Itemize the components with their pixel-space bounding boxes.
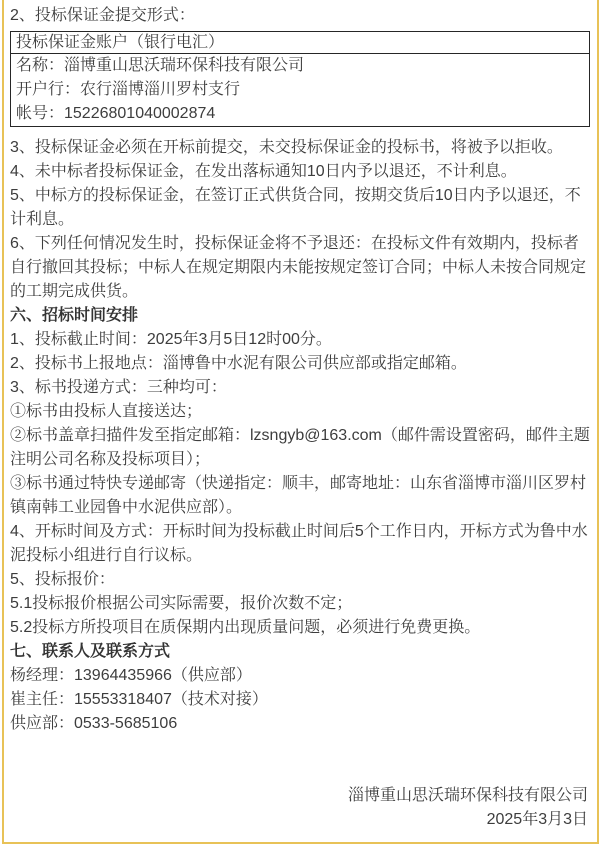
document-body: 2、投标保证金提交形式： 投标保证金账户（银行电汇） 名称：淄博重山思沃瑞环保科… — [10, 4, 590, 832]
schedule-item-location: 2、投标书上报地点：淄博鲁中水泥有限公司供应部或指定邮箱。 — [10, 352, 590, 376]
contact-cui-director: 崔主任：15553318407（技术对接） — [10, 688, 590, 712]
schedule-item-method-3-express: ③标书通过特快专递邮寄（快递指定：顺丰，邮寄地址：山东省淄博市淄川区罗村镇南韩工… — [10, 472, 590, 520]
document-page: 2、投标保证金提交形式： 投标保证金账户（银行电汇） 名称：淄博重山思沃瑞环保科… — [2, 0, 599, 844]
deposit-item-6: 6、下列任何情况发生时，投标保证金将不予退还：在投标文件有效期内，投标者自行撤回… — [10, 232, 590, 304]
schedule-item-method-2-email: ②标书盖章扫描件发至指定邮箱：lzsngyb@163.com（邮件需设置密码，邮… — [10, 424, 590, 472]
deposit-form-intro: 2、投标保证金提交形式： — [10, 4, 590, 28]
deposit-account-table: 投标保证金账户（银行电汇） 名称：淄博重山思沃瑞环保科技有限公司 开户行：农行淄… — [10, 31, 590, 127]
account-name-row: 名称：淄博重山思沃瑞环保科技有限公司 — [16, 54, 589, 78]
schedule-item-method-1: ①标书由投标人直接送达； — [10, 400, 590, 424]
signature-date: 2025年3月3日 — [10, 808, 588, 832]
contact-yang-manager: 杨经理：13964435966（供应部） — [10, 664, 590, 688]
deposit-item-4: 4、未中标者投标保证金，在发出落标通知10日内予以退还，不计利息。 — [10, 160, 590, 184]
schedule-item-quotation-5-1: 5.1投标报价根据公司实际需要，报价次数不定； — [10, 592, 590, 616]
contact-supply-dept: 供应部：0533-5685106 — [10, 712, 590, 736]
account-bank-row: 开户行：农行淄博淄川罗村支行 — [16, 78, 589, 102]
account-table-header: 投标保证金账户（银行电汇） — [11, 32, 589, 54]
schedule-item-delivery-methods: 3、标书投递方式：三种均可： — [10, 376, 590, 400]
deposit-item-5: 5、中标方的投标保证金，在签订正式供货合同，按期交货后10日内予以退还，不计利息… — [10, 184, 590, 232]
schedule-section-heading: 六、招标时间安排 — [10, 304, 590, 328]
schedule-item-quotation: 5、投标报价： — [10, 568, 590, 592]
signature-block: 淄博重山思沃瑞环保科技有限公司 2025年3月3日 — [10, 784, 590, 832]
schedule-item-bid-opening: 4、开标时间及方式：开标时间为投标截止时间后5个工作日内，开标方式为鲁中水泥投标… — [10, 520, 590, 568]
schedule-item-deadline: 1、投标截止时间：2025年3月5日12时00分。 — [10, 328, 590, 352]
account-number-row: 帐号：15226801040002874 — [16, 102, 589, 126]
schedule-item-quotation-5-2: 5.2投标方所投项目在质保期内出现质量问题，必须进行免费更换。 — [10, 616, 590, 640]
signature-company: 淄博重山思沃瑞环保科技有限公司 — [10, 784, 588, 808]
deposit-item-3: 3、投标保证金必须在开标前提交，未交投标保证金的投标书，将被予以拒收。 — [10, 136, 590, 160]
contacts-section-heading: 七、联系人及联系方式 — [10, 640, 590, 664]
account-table-body: 名称：淄博重山思沃瑞环保科技有限公司 开户行：农行淄博淄川罗村支行 帐号：152… — [11, 54, 589, 126]
